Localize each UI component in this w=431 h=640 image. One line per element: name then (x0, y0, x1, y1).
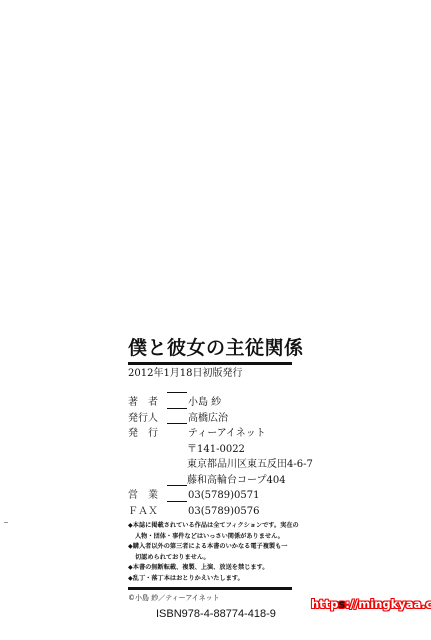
note-line: ◆本誌に掲載されている作品は全てフィクションです。実在の (128, 521, 292, 532)
credit-label: 発行人 (128, 411, 166, 427)
watermark-prefix: http (311, 597, 338, 611)
copyright: ©小島 紗／ティーアイネット (128, 593, 292, 603)
contact-label: ＦＡＸ (128, 504, 166, 520)
credit-label: 著 者 (128, 395, 166, 411)
edition-date: 2012年1月18日初版発行 (128, 367, 292, 381)
book-title: 僕と彼女の主従関係 (128, 336, 292, 360)
credit-value: ティーアイネット (188, 426, 266, 442)
colophon: 僕と彼女の主従関係 2012年1月18日初版発行 著 者小島 紗 発行人高橋広治… (128, 336, 292, 620)
contact-value: 03(5789)0571 (188, 488, 259, 504)
credit-publisher: 発 行ティーアイネット (128, 426, 292, 442)
credit-label: 発 行 (128, 426, 166, 442)
legal-notes: ◆本誌に掲載されている作品は全てフィクションです。実在の 人物・団体・事件などは… (128, 521, 292, 584)
contact-value: 03(5789)0576 (188, 504, 259, 520)
title-rule (128, 362, 292, 365)
contact-sales: 営 業03(5789)0571 (128, 488, 292, 504)
address-line-1: 東京都品川区東五反田4-6-7 (128, 457, 292, 473)
address-postal: 〒141-0022 (128, 442, 292, 458)
note-line: ◆購入者以外の第三者による本書のいかなる電子複製も一 (128, 542, 292, 553)
watermark-url: https://mingkyaa.com (311, 597, 431, 611)
note-line: 切認められておりません。 (128, 553, 292, 564)
watermark-suffix: ://mingkyaa.com (345, 597, 431, 611)
credit-value: 小島 紗 (188, 395, 221, 411)
scan-mark (4, 522, 8, 523)
bottom-rule (128, 587, 292, 590)
dash-divider (167, 485, 187, 501)
dash-divider (167, 408, 187, 424)
note-line: ◆本書の無断転載、複製、上演、放送を禁じます。 (128, 563, 292, 574)
dash-divider (167, 423, 187, 439)
credits: 著 者小島 紗 発行人高橋広治 発 行ティーアイネット 〒141-0022 東京… (128, 395, 292, 519)
note-line: 人物・団体・事件などはいっさい関係がありません。 (128, 532, 292, 543)
isbn: ISBN978-4-88774-418-9 (128, 608, 292, 620)
contact-fax: ＦＡＸ03(5789)0576 (128, 504, 292, 520)
note-line: ◆乱丁・落丁本はおとりかえいたします。 (128, 574, 292, 585)
credit-publisher-person: 発行人高橋広治 (128, 411, 292, 427)
address-line-2: 藤和高輪台コープ404 (128, 473, 292, 489)
contact-label: 営 業 (128, 488, 166, 504)
credit-value: 高橋広治 (188, 411, 228, 427)
dash-divider (167, 501, 187, 517)
credit-author: 著 者小島 紗 (128, 395, 292, 411)
dash-divider (167, 392, 187, 408)
